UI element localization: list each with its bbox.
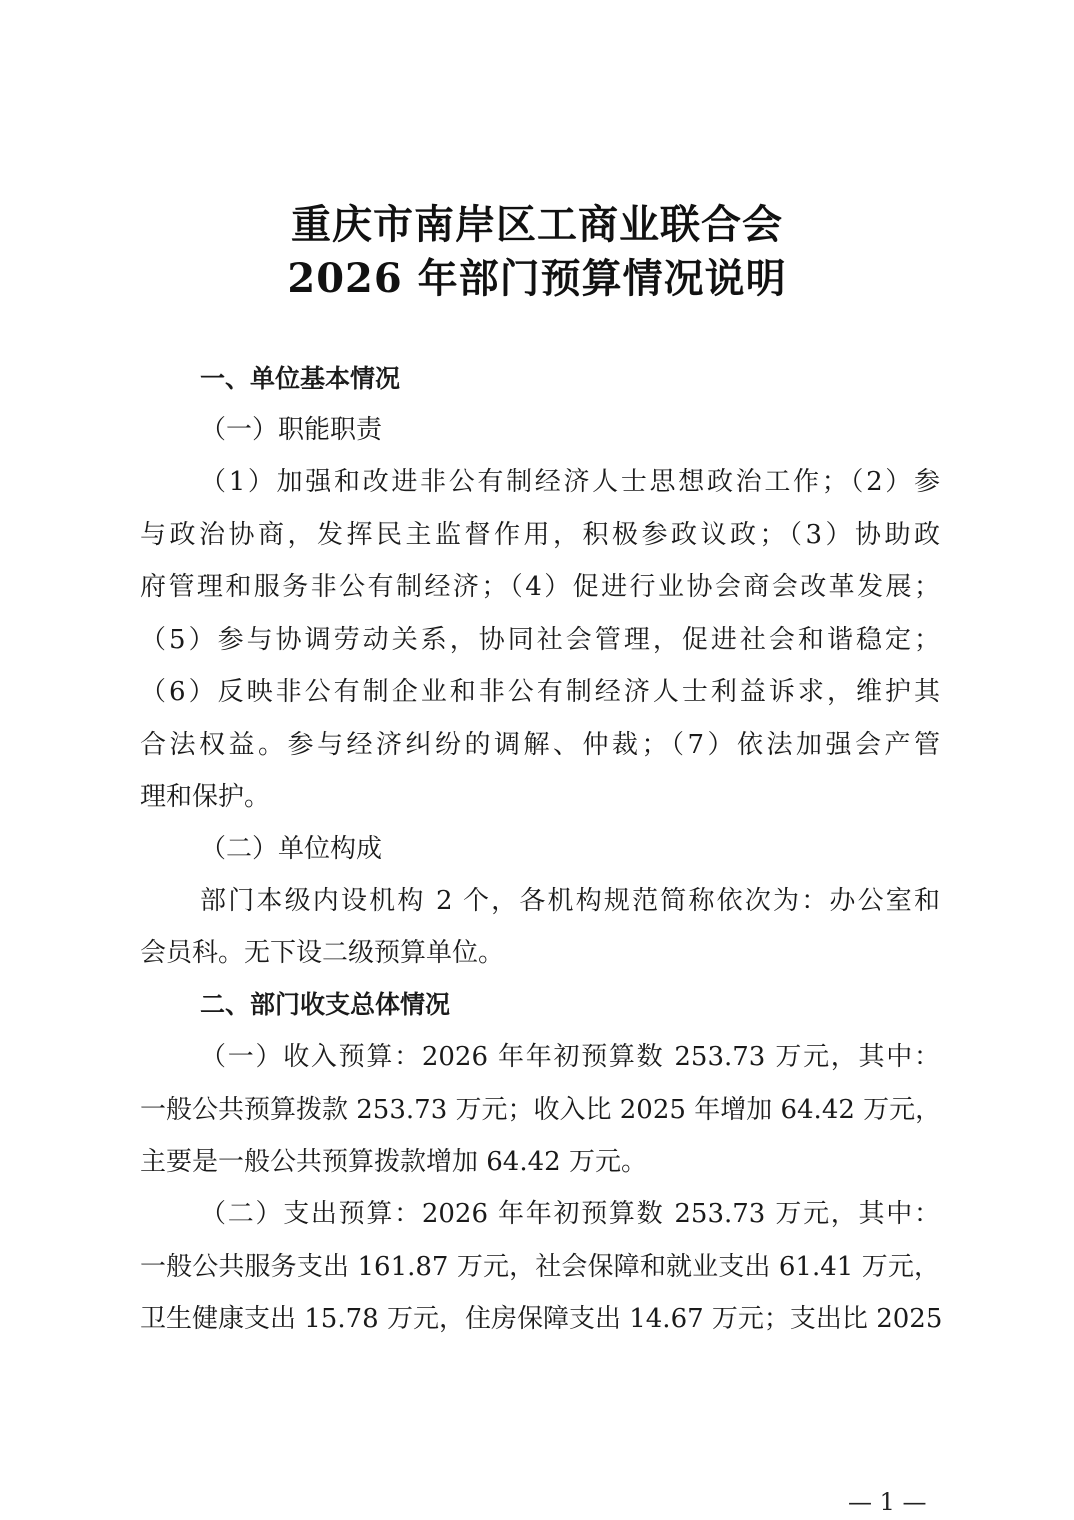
paragraph-line: 部门本级内设机构 2 个，各机构规范简称依次为：办公室和 [200,885,940,917]
paragraph-line: 卫生健康支出 15.78 万元，住房保障支出 14.67 万元；支出比 2025 [140,1303,940,1335]
paragraph-line: 主要是一般公共预算拨款增加 64.42 万元。 [140,1146,940,1178]
paragraph-line: 理和保护。 [140,781,940,813]
paragraph-line: 会员科。无下设二级预算单位。 [140,937,940,969]
paragraph-line: （1）加强和改进非公有制经济人士思想政治工作；（2）参 [200,466,940,498]
paragraph-line: （一）职能职责 [200,414,940,446]
section-heading: 一、单位基本情况 [200,363,940,395]
paragraph-line: 府管理和服务非公有制经济；（4）促进行业协会商会改革发展； [140,571,940,603]
page-number: — 1 — [848,1488,927,1516]
paragraph-line: （二）支出预算：2026 年年初预算数 253.73 万元，其中： [200,1198,940,1230]
paragraph-line: 与政治协商，发挥民主监督作用，积极参政议政；（3）协助政 [140,519,940,551]
paragraph-line: 合法权益。参与经济纠纷的调解、仲裁；（7）依法加强会产管 [140,729,940,761]
paragraph-line: 一般公共服务支出 161.87 万元，社会保障和就业支出 61.41 万元， [140,1251,940,1283]
paragraph-line: （6）反映非公有制企业和非公有制经济人士利益诉求，维护其 [140,676,940,708]
paragraph-line: 一般公共预算拨款 253.73 万元；收入比 2025 年增加 64.42 万元… [140,1094,940,1126]
document-title-line2: 2026 年部门预算情况说明 [0,247,1074,304]
document-title-line1: 重庆市南岸区工商业联合会 [0,193,1074,250]
paragraph-line: （5）参与协调劳动关系，协同社会管理，促进社会和谐稳定； [140,624,940,656]
paragraph-line: （一）收入预算：2026 年年初预算数 253.73 万元，其中： [200,1041,940,1073]
paragraph-line: （二）单位构成 [200,833,940,865]
document-page: 重庆市南岸区工商业联合会 2026 年部门预算情况说明 一、单位基本情况（一）职… [0,0,1074,1520]
section-heading: 二、部门收支总体情况 [200,989,940,1021]
